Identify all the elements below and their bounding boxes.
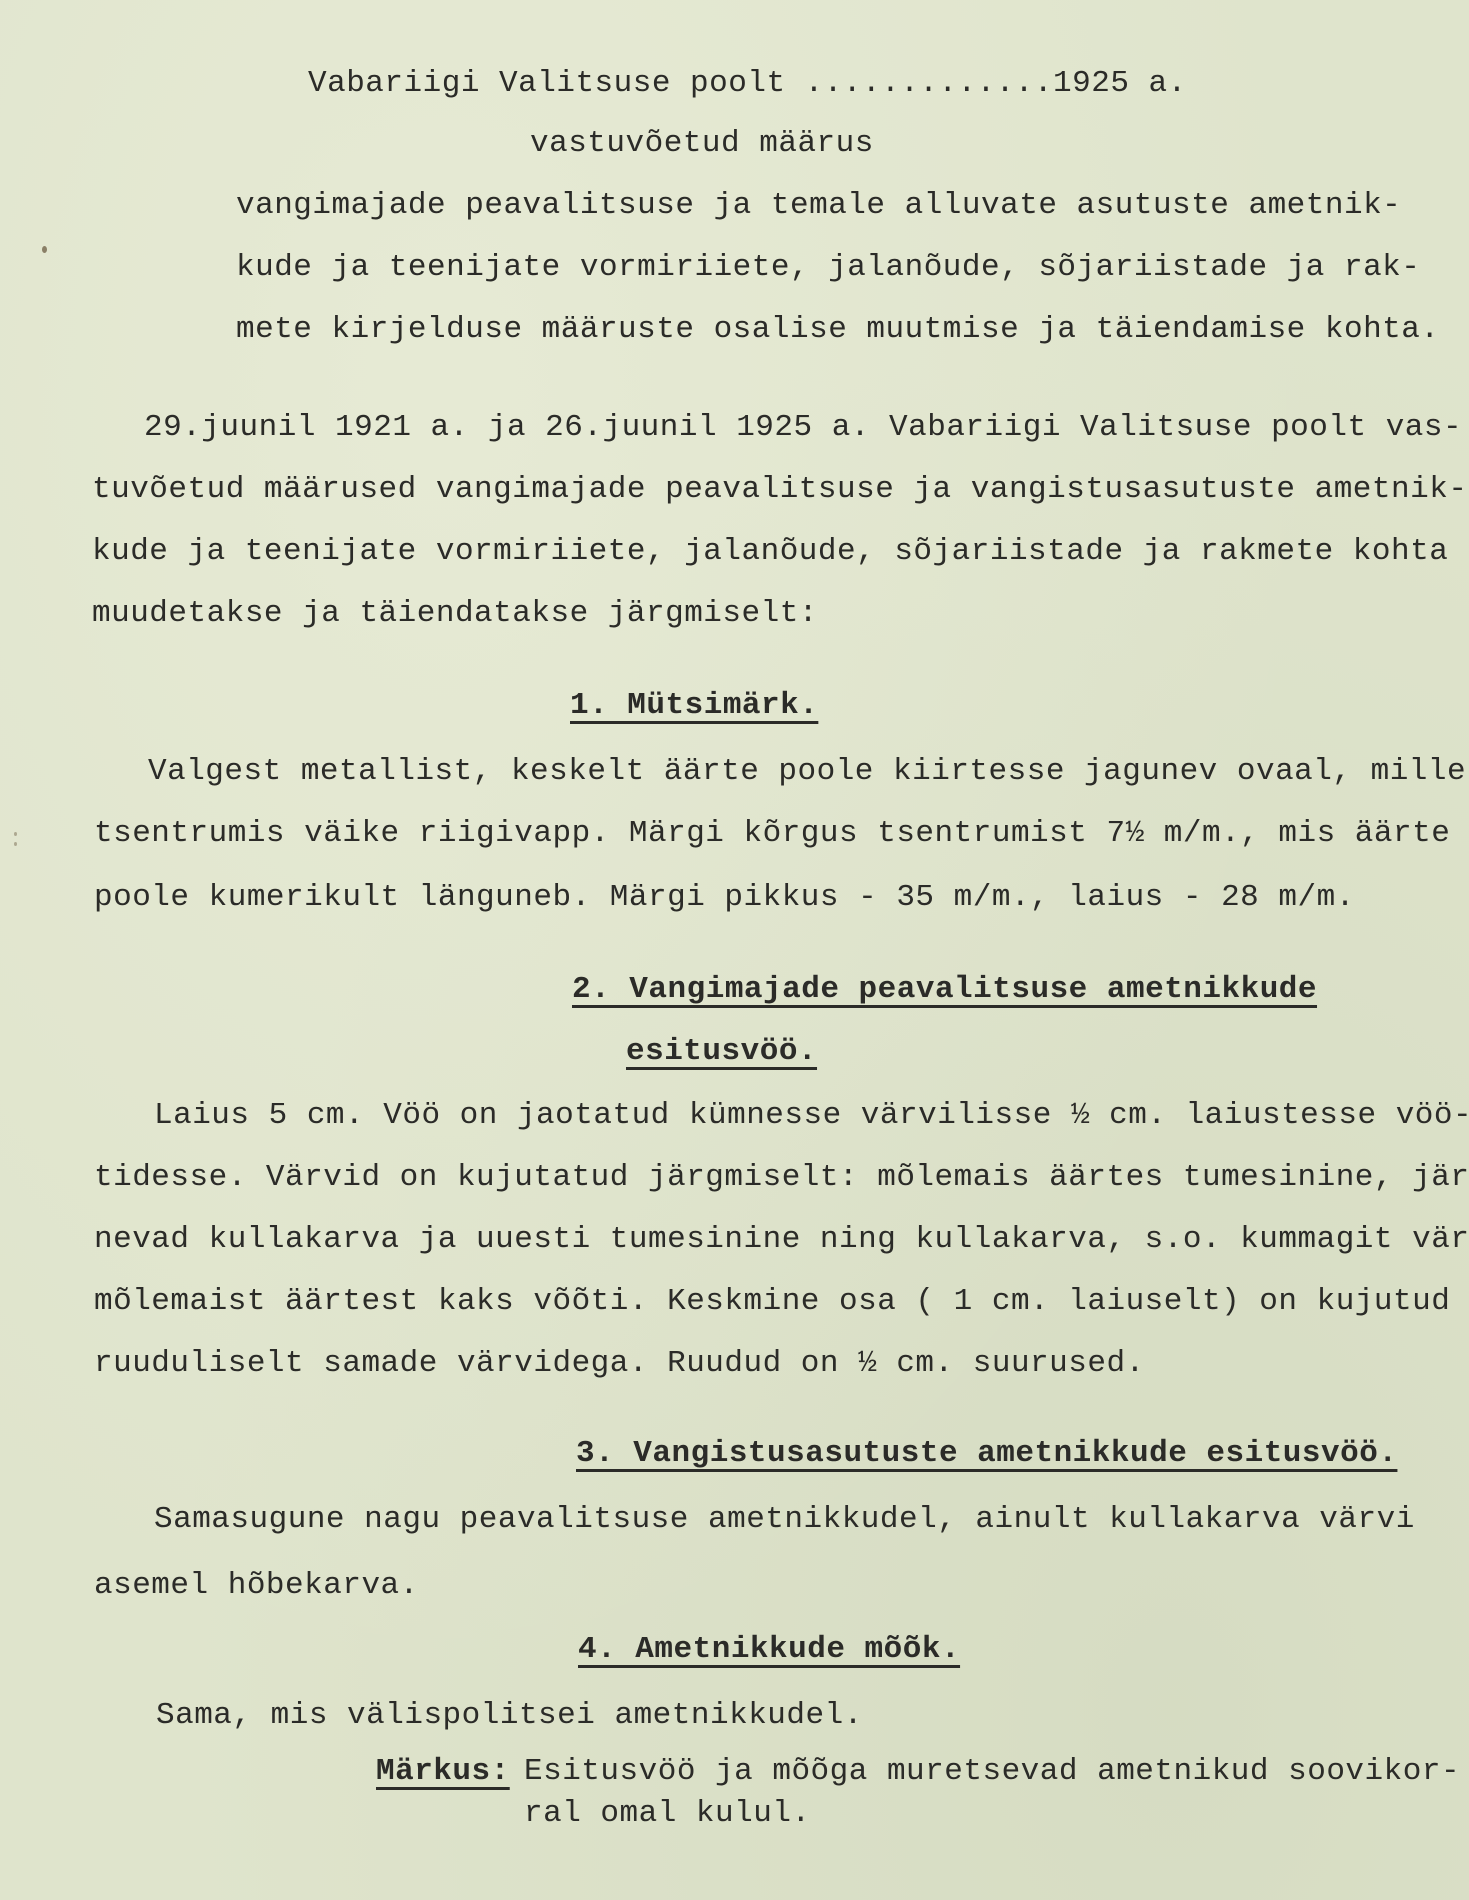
paper-speck	[14, 842, 17, 846]
intro-line-2: tuvõetud määrused vangimajade peavalitsu…	[92, 470, 1467, 510]
section-2-line-4: mõlemaist äärtest kaks võõti. Keskmine o…	[94, 1282, 1450, 1322]
paper-speck	[14, 832, 17, 836]
title-line-1: Vabariigi Valitsuse poolt .............1…	[308, 64, 1187, 104]
section-2-heading-line-2: esitusvöö.	[626, 1032, 817, 1072]
section-4-line-1: Sama, mis välispolitsei ametnikkudel.	[156, 1696, 863, 1736]
title-line-3: vangimajade peavalitsuse ja temale alluv…	[236, 186, 1401, 226]
intro-line-1: 29.juunil 1921 a. ja 26.juunil 1925 a. V…	[144, 408, 1462, 448]
title-line-4: kude ja teenijate vormiriiete, jalanõude…	[236, 248, 1420, 288]
section-1-heading: 1. Mütsimärk.	[570, 686, 818, 726]
section-2-line-3: nevad kullakarva ja uuesti tumesinine ni…	[94, 1220, 1469, 1260]
note-line-2: ral omal kulul.	[524, 1794, 811, 1834]
section-2-heading-line-1: 2. Vangimajade peavalitsuse ametnikkude	[572, 970, 1317, 1010]
section-3-heading: 3. Vangistusasutuste ametnikkude esitusv…	[576, 1434, 1397, 1474]
note-line-1: Esitusvöö ja mõõga muretsevad ametnikud …	[524, 1752, 1460, 1792]
section-3-line-1: Samasugune nagu peavalitsuse ametnikkude…	[154, 1500, 1415, 1540]
section-3-line-2: asemel hõbekarva.	[94, 1566, 419, 1606]
title-line-5: mete kirjelduse määruste osalise muutmis…	[236, 310, 1440, 350]
section-1-line-1: Valgest metallist, keskelt äärte poole k…	[148, 752, 1466, 792]
note-label: Märkus:	[376, 1752, 510, 1792]
intro-line-4: muudetakse ja täiendatakse järgmiselt:	[92, 594, 818, 634]
section-2-line-1: Laius 5 cm. Vöö on jaotatud kümnesse vär…	[154, 1096, 1469, 1136]
paper-speck	[42, 246, 47, 253]
section-1-line-2: tsentrumis väike riigivapp. Märgi kõrgus…	[94, 814, 1450, 854]
intro-line-3: kude ja teenijate vormiriiete, jalanõude…	[92, 532, 1448, 572]
section-1-line-3: poole kumerikult länguneb. Märgi pikkus …	[94, 878, 1355, 918]
section-4-heading: 4. Ametnikkude mõõk.	[578, 1630, 960, 1670]
title-line-2: vastuvõetud määrus	[530, 124, 874, 164]
section-2-line-5: ruuduliselt samade värvidega. Ruudud on …	[94, 1344, 1145, 1384]
section-2-line-2: tidesse. Värvid on kujutatud järgmiselt:…	[94, 1158, 1469, 1198]
